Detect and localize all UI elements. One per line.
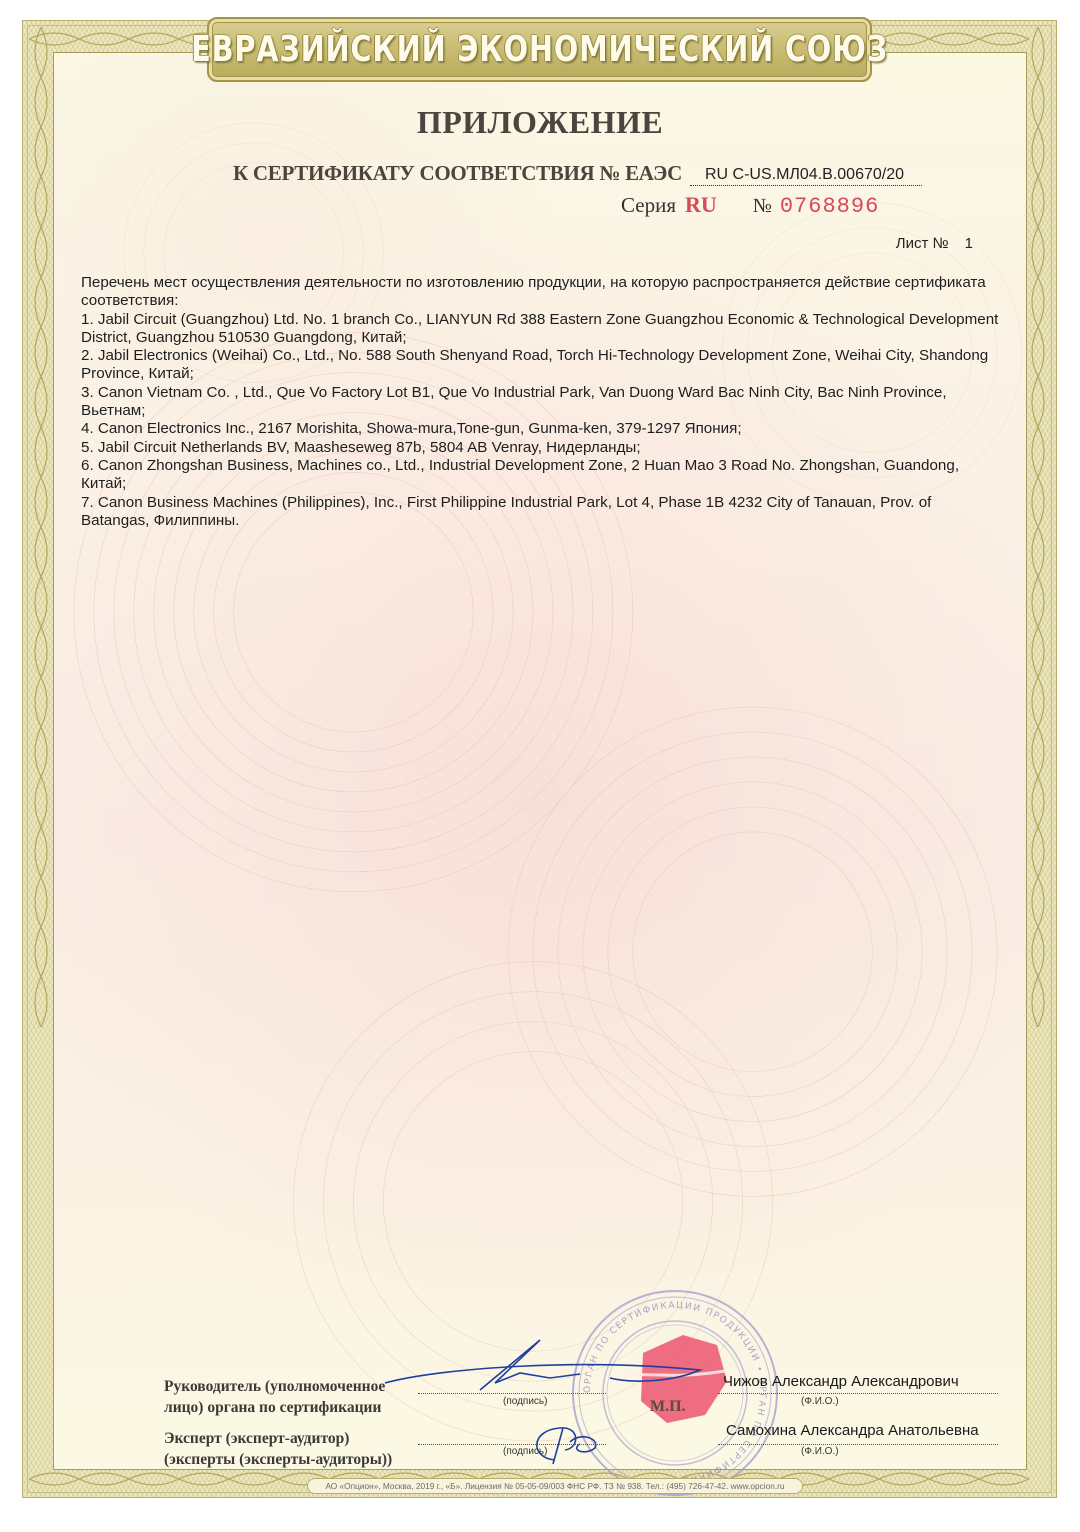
certificate-label: К СЕРТИФИКАТУ СООТВЕТСТВИЯ № ЕАЭС [233, 161, 682, 186]
head-signature-caption: (подпись) [503, 1396, 547, 1407]
sheet-value: 1 [965, 235, 973, 252]
frame-ornament-right [1026, 27, 1050, 1027]
sheet-number: Лист №1 [896, 235, 973, 252]
head-name-caption: (Ф.И.О.) [801, 1396, 839, 1407]
series-value: RU [685, 192, 717, 218]
expert-label-line1: Эксперт (эксперт-аудитор) [164, 1428, 392, 1449]
certificate-number: RU C-US.МЛ04.В.00670/20 [690, 165, 922, 186]
head-name-line [718, 1393, 998, 1394]
series-label: Серия [621, 193, 676, 218]
printer-imprint: АО «Опцион», Москва, 2019 г., «Б». Лицен… [307, 1478, 803, 1494]
frame-ornament-left [29, 27, 53, 1027]
certificate-reference: К СЕРТИФИКАТУ СООТВЕТСТВИЯ № ЕАЭС RU C-U… [233, 160, 922, 186]
head-label-line2: лицо) органа по сертификации [164, 1397, 385, 1418]
expert-name: Самохина Александра Анатольевна [726, 1422, 979, 1439]
production-sites-list: Перечень мест осуществления деятельности… [81, 274, 1001, 530]
header-banner: ЕВРАЗИЙСКИЙ ЭКОНОМИЧЕСКИЙ СОЮЗ [207, 17, 872, 82]
list-item: 5. Jabil Circuit Netherlands BV, Maashes… [81, 439, 1001, 457]
expert-name-caption: (Ф.И.О.) [801, 1446, 839, 1457]
list-item: 6. Canon Zhongshan Business, Machines co… [81, 457, 1001, 494]
number-sign: № [753, 195, 772, 218]
head-label-line1: Руководитель (уполномоченное [164, 1376, 385, 1397]
list-item: 7. Canon Business Machines (Philippines)… [81, 494, 1001, 531]
list-intro: Перечень мест осуществления деятельности… [81, 274, 1001, 311]
expert-label-line2: (эксперты (эксперты-аудиторы)) [164, 1449, 392, 1470]
series-line: Серия RU № 0768896 [621, 192, 879, 219]
series-number: 0768896 [780, 194, 879, 219]
list-item: 3. Canon Vietnam Co. , Ltd., Que Vo Fact… [81, 384, 1001, 421]
union-name: ЕВРАЗИЙСКИЙ ЭКОНОМИЧЕСКИЙ СОЮЗ [191, 29, 888, 70]
list-item: 2. Jabil Electronics (Weihai) Co., Ltd.,… [81, 347, 1001, 384]
head-signature-line [418, 1393, 606, 1394]
guilloche-pattern [54, 53, 1026, 1469]
certificate-paper [53, 52, 1027, 1470]
list-item: 1. Jabil Circuit (Guangzhou) Ltd. No. 1 … [81, 311, 1001, 348]
expert-name-line [718, 1444, 998, 1445]
head-label: Руководитель (уполномоченное лицо) орган… [164, 1376, 385, 1418]
page-title: ПРИЛОЖЕНИЕ [0, 104, 1080, 141]
list-item: 4. Canon Electronics Inc., 2167 Morishit… [81, 420, 1001, 438]
head-name: Чижов Александр Александрович [723, 1373, 959, 1390]
stamp-label: М.П. [650, 1398, 686, 1416]
expert-signature-line [418, 1444, 606, 1445]
sheet-label: Лист № [896, 235, 949, 252]
expert-label: Эксперт (эксперт-аудитор) (эксперты (экс… [164, 1428, 392, 1470]
expert-signature-caption: (подпись) [503, 1446, 547, 1457]
